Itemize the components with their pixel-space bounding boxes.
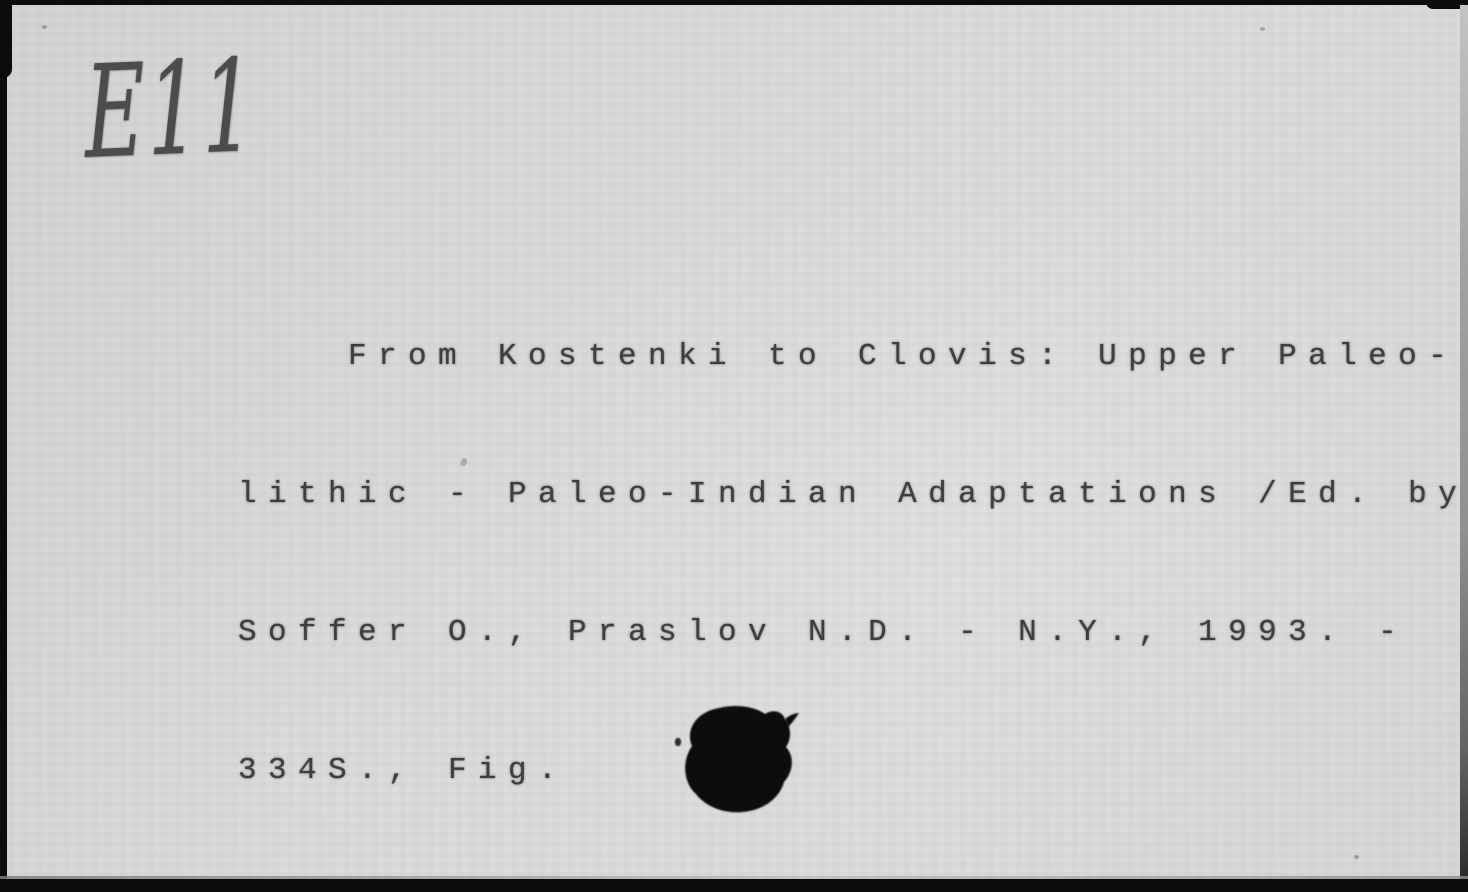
scan-speck: [1260, 27, 1265, 31]
citation-line: lithic - Paleo-Indian Adaptations /Ed. b…: [238, 472, 1468, 518]
citation-line: Soffer O., Praslov N.D. - N.Y., 1993. -: [238, 610, 1468, 656]
catalog-card-scan: E11 From Kostenki to Clovis: Upper Paleo…: [0, 0, 1468, 892]
scan-edge-bottom: [0, 879, 1468, 892]
scan-edge-right: [1460, 5, 1468, 880]
scan-speck: [42, 25, 47, 29]
scan-speck: [1354, 855, 1359, 859]
scan-edge-left: [0, 0, 7, 892]
citation-line: From Kostenki to Clovis: Upper Paleo-: [238, 334, 1468, 380]
ink-blot-icon: [672, 700, 802, 824]
citation-block: From Kostenki to Clovis: Upper Paleo- li…: [238, 242, 1468, 886]
call-number-handwritten: E11: [84, 43, 258, 178]
citation-line: 334S., Fig.: [238, 748, 1468, 794]
scan-edge-top: [0, 0, 1468, 5]
